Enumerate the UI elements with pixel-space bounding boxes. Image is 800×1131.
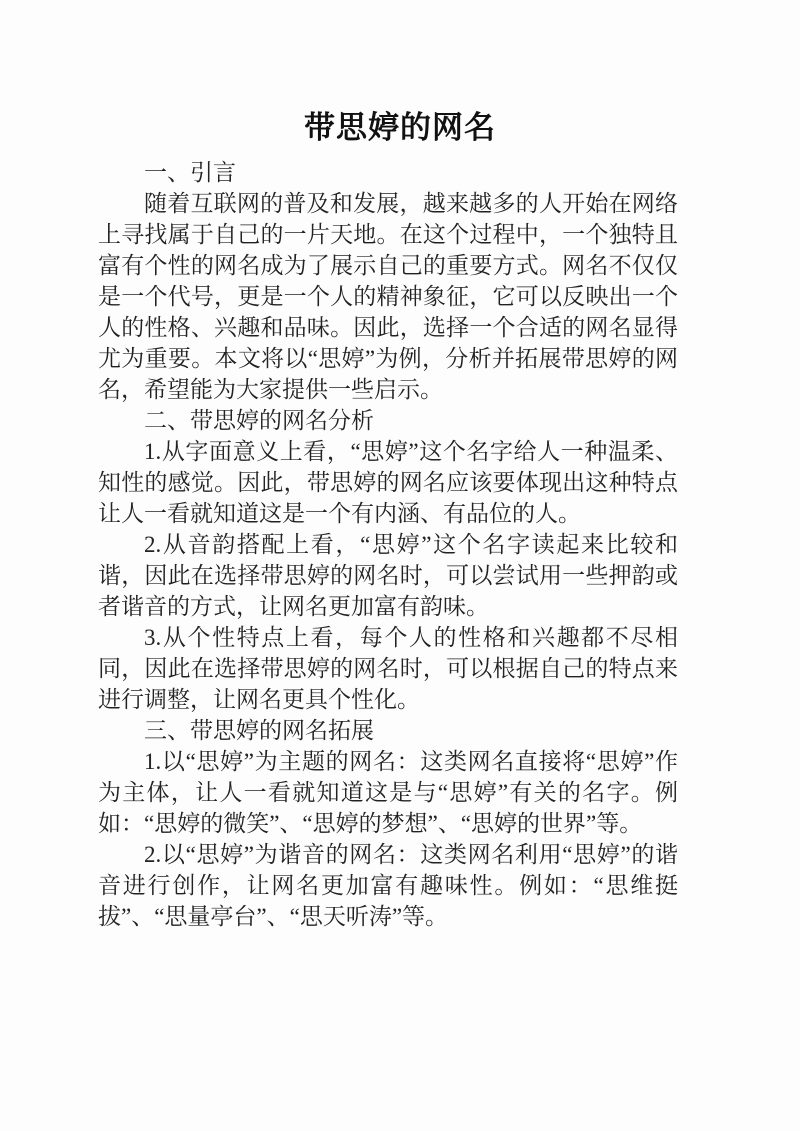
paragraph: 2.以“思婷”为谐音的网名：这类网名利用“思婷”的谐音进行创作，让网名更加富有趣… — [98, 839, 678, 932]
document-content: 带思婷的网名 一、引言 随着互联网的普及和发展，越来越多的人开始在网络上寻找属于… — [0, 0, 800, 932]
paragraph: 3.从个性特点上看，每个人的性格和兴趣都不尽相同，因此在选择带思婷的网名时，可以… — [98, 622, 678, 715]
section-introduction: 一、引言 随着互联网的普及和发展，越来越多的人开始在网络上寻找属于自己的一片天地… — [98, 157, 678, 405]
document-title: 带思婷的网名 — [122, 105, 678, 151]
section-heading-3: 三、带思婷的网名拓展 — [98, 715, 678, 746]
paragraph: 随着互联网的普及和发展，越来越多的人开始在网络上寻找属于自己的一片天地。在这个过… — [98, 188, 678, 405]
document-body: 一、引言 随着互联网的普及和发展，越来越多的人开始在网络上寻找属于自己的一片天地… — [98, 157, 678, 932]
section-expansion: 三、带思婷的网名拓展 1.以“思婷”为主题的网名：这类网名直接将“思婷”作为主体… — [98, 715, 678, 932]
document-page: 带思婷的网名 一、引言 随着互联网的普及和发展，越来越多的人开始在网络上寻找属于… — [0, 0, 800, 1131]
section-analysis: 二、带思婷的网名分析 1.从字面意义上看，“思婷”这个名字给人一种温柔、知性的感… — [98, 405, 678, 715]
paragraph: 1.从字面意义上看，“思婷”这个名字给人一种温柔、知性的感觉。因此，带思婷的网名… — [98, 436, 678, 529]
paragraph: 2.从音韵搭配上看，“思婷”这个名字读起来比较和谐，因此在选择带思婷的网名时，可… — [98, 529, 678, 622]
section-heading-2: 二、带思婷的网名分析 — [98, 405, 678, 436]
section-heading-1: 一、引言 — [98, 157, 678, 188]
paragraph: 1.以“思婷”为主题的网名：这类网名直接将“思婷”作为主体，让人一看就知道这是与… — [98, 746, 678, 839]
